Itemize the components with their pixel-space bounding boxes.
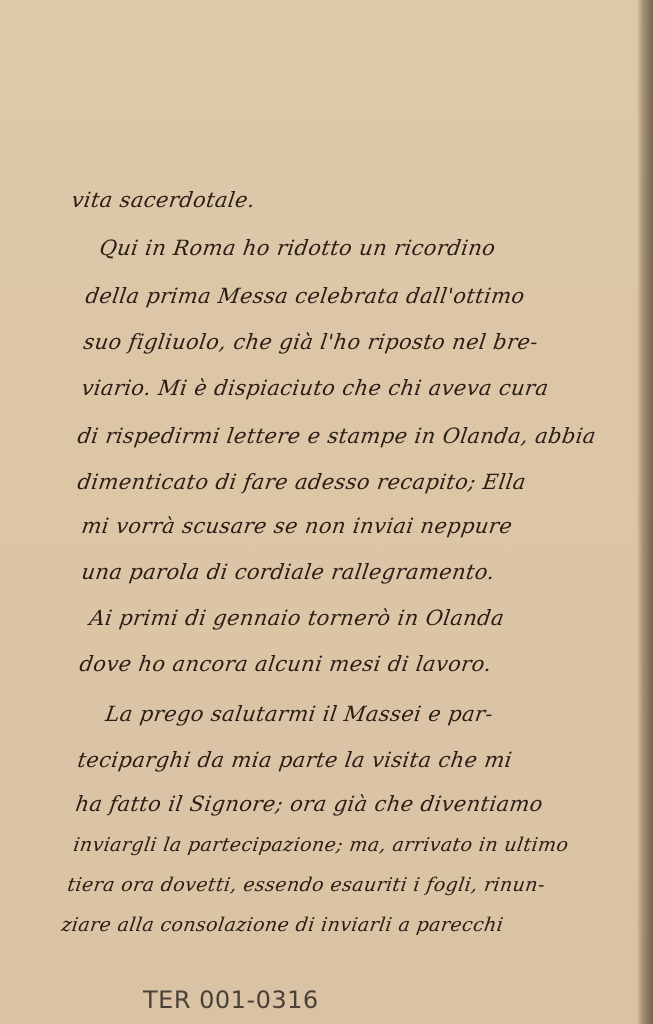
text-line-3: della prima Messa celebrata dall'ottimo	[84, 284, 526, 308]
text-line-7: dimenticato di fare adesso recapito; Ell…	[76, 470, 528, 494]
text-line-16: tiera ora dovetti, essendo esauriti i fo…	[66, 874, 546, 896]
text-line-1: vita sacerdotale.	[70, 188, 257, 212]
text-line-2: Qui in Roma ho ridotto un ricordino	[98, 236, 497, 260]
manuscript-page: vita sacerdotale. Qui in Roma ho ridotto…	[0, 0, 653, 1024]
text-line-13: teciparghi da mia parte la visita che mi	[76, 748, 514, 772]
text-line-9: una parola di cordiale rallegramento.	[80, 560, 496, 584]
text-line-17: ziare alla consolazione di inviarli a pa…	[60, 914, 505, 936]
text-line-15: inviargli la partecipazione; ma, arrivat…	[72, 834, 570, 856]
text-line-12: La prego salutarmi il Massei e par-	[104, 702, 495, 726]
text-line-5: viario. Mi è dispiaciuto che chi aveva c…	[80, 376, 550, 400]
text-line-8: mi vorrà scusare se non inviai neppure	[80, 514, 514, 538]
text-line-14: ha fatto il Signore; ora già che diventi…	[74, 792, 545, 816]
text-line-4: suo figliuolo, che già l'ho riposto nel …	[82, 330, 540, 354]
text-line-10: Ai primi di gennaio tornerò in Olanda	[88, 606, 506, 630]
text-line-6: di rispedirmi lettere e stampe in Olanda…	[76, 424, 598, 448]
archive-identifier: TER 001-0316	[143, 986, 319, 1014]
text-line-11: dove ho ancora alcuni mesi di lavoro.	[78, 652, 493, 676]
